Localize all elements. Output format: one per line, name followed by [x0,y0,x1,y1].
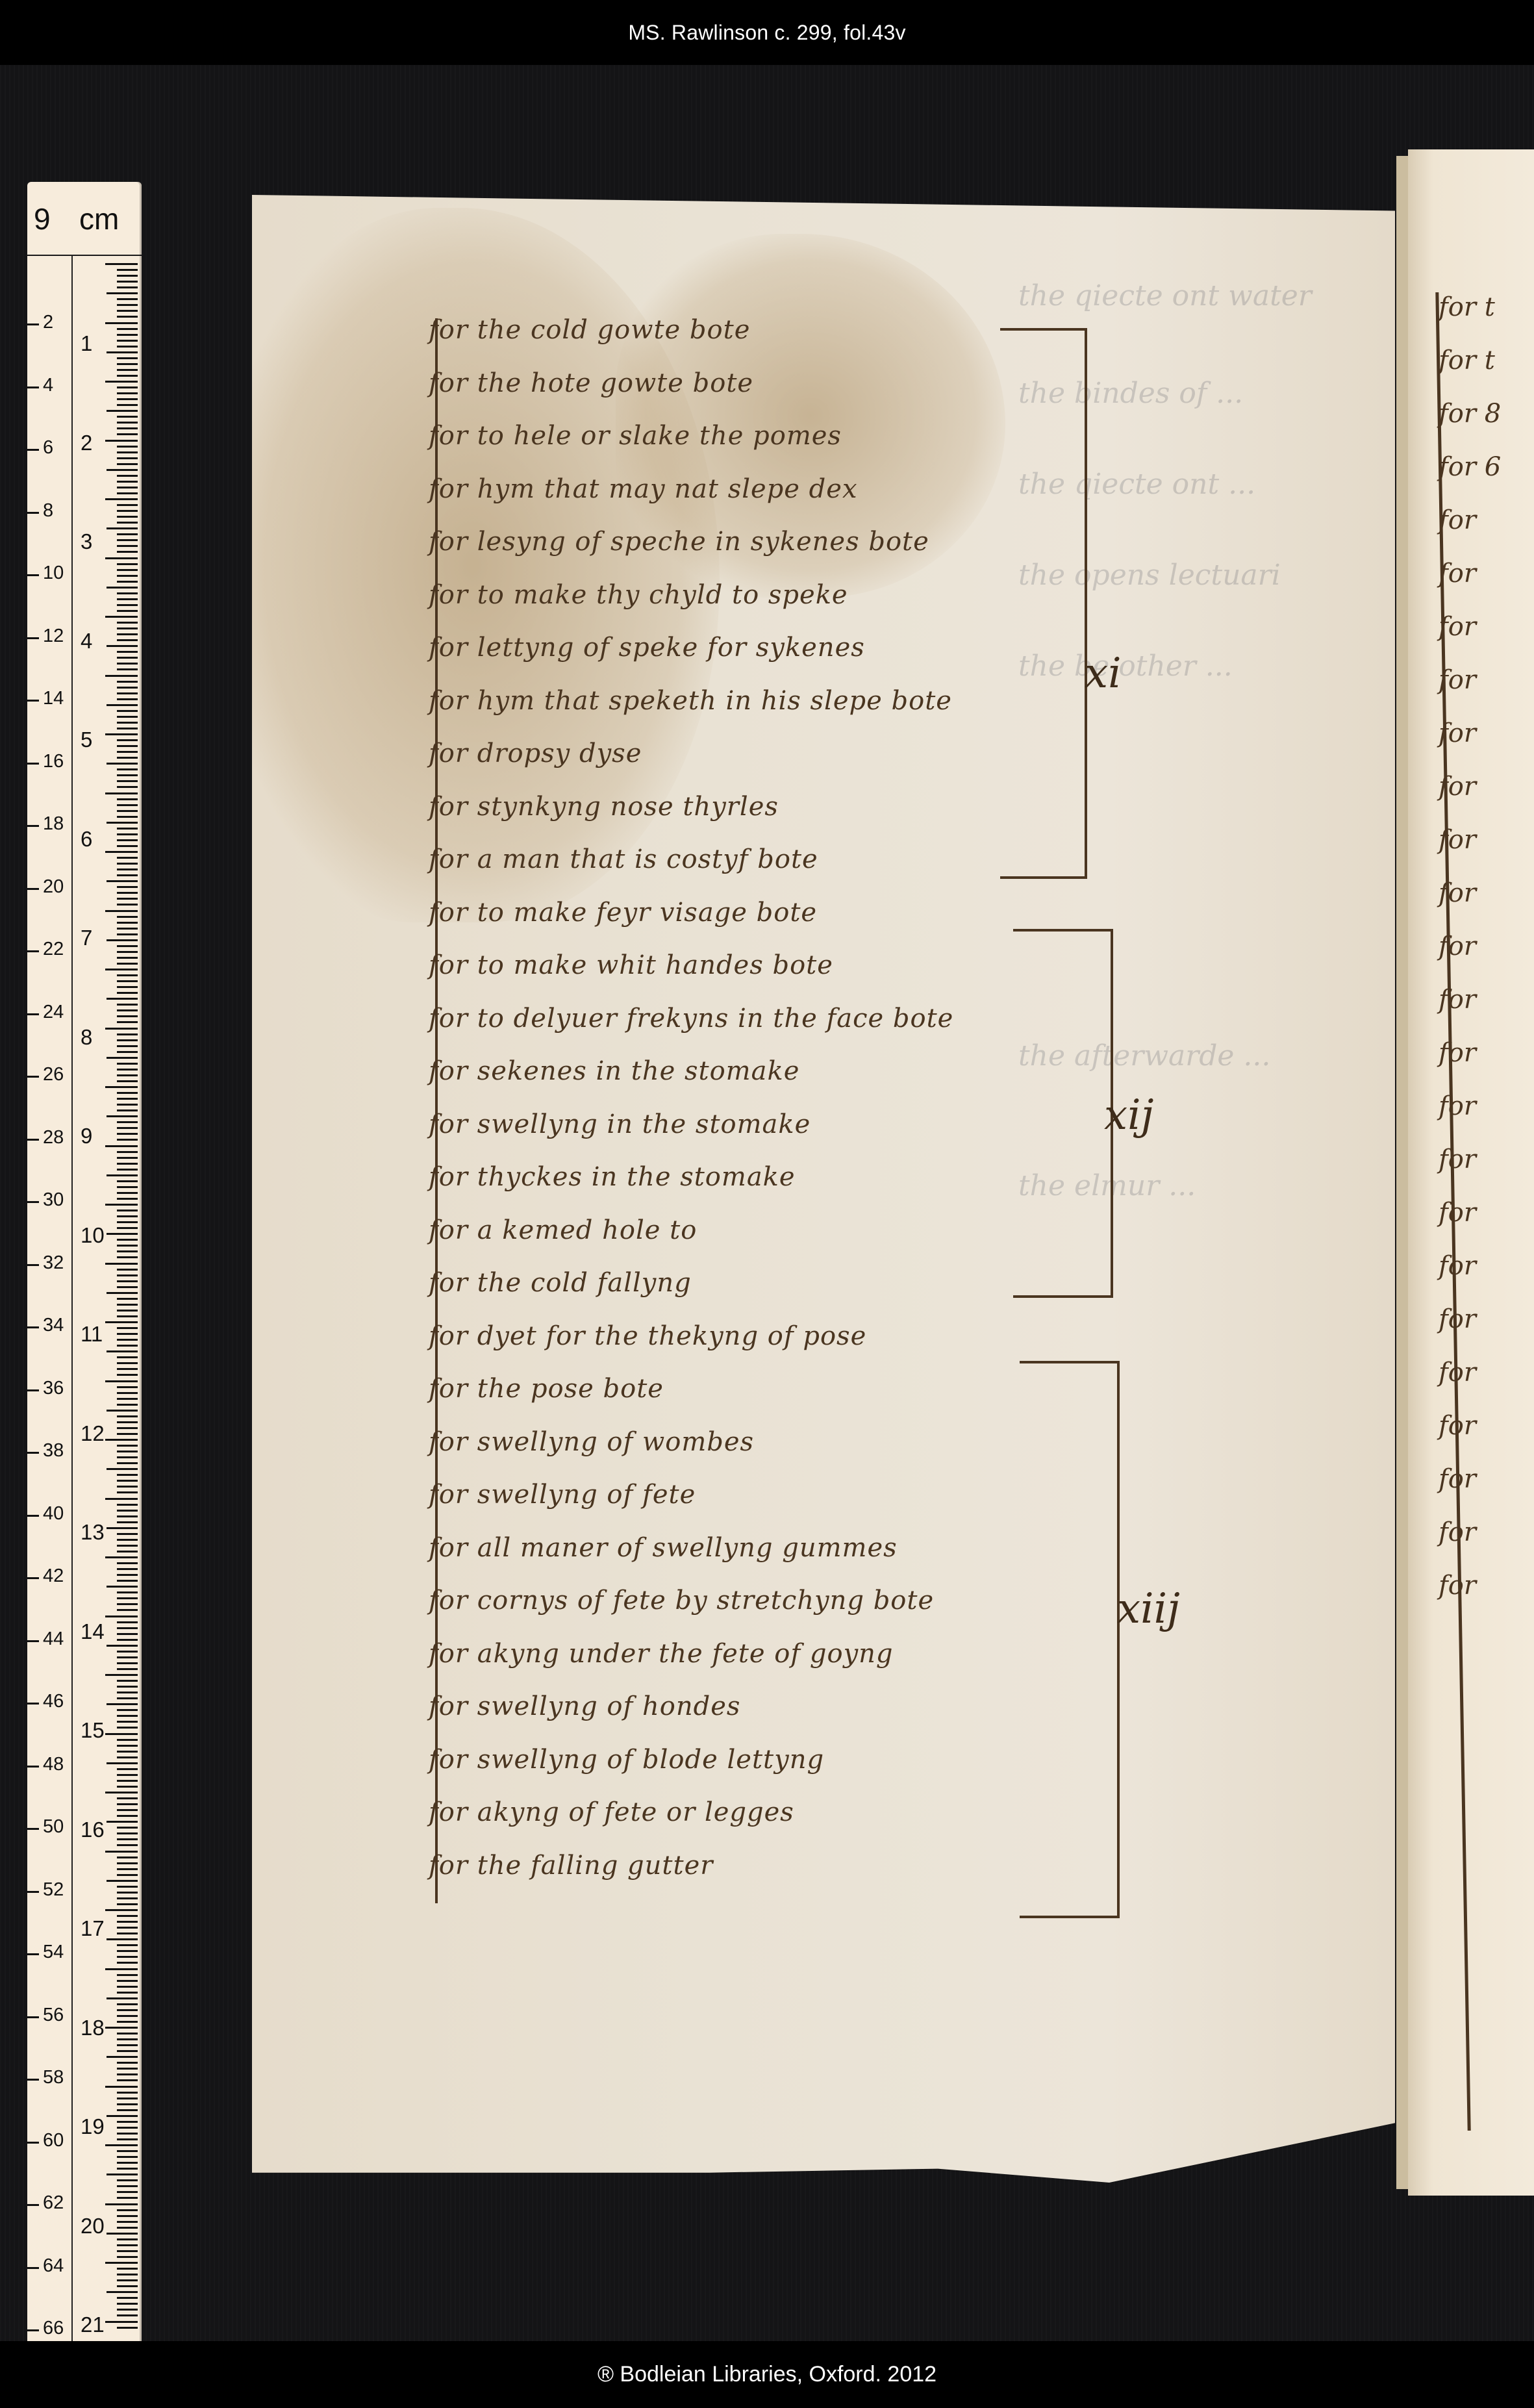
ruler-tick [117,980,138,982]
ruler-tick [105,733,138,735]
ruler-tick [117,1245,138,1247]
ruler-tick [107,1174,138,1176]
ruler-tick [105,616,138,618]
ruler-tick [105,1674,138,1676]
ruler-tick [117,1445,138,1447]
ruler-tick [105,1556,138,1558]
ruler-tick [117,768,138,770]
ruler-tick [117,392,138,394]
facing-page-line: for [1439,665,1476,695]
ruler-tick-left [27,950,39,952]
ruler-tick [117,1374,138,1376]
ruler-tick-left [27,512,39,514]
ruler-cm-label: 4 [81,629,92,653]
ruler-tick [117,1504,138,1506]
ruler-tick [107,351,138,353]
ruler-tick [117,1721,138,1723]
manuscript-line: for the falling gutter [429,1851,713,1881]
ruler-head-unit: cm [79,201,119,236]
bleed-through-text: the qiecte ont water [1018,279,1312,312]
ruler-scale-label: 30 [43,1189,64,1211]
ruler-scale-label: 34 [43,1315,64,1336]
ruler-tick [117,2309,138,2311]
ruler-tick [107,1938,138,1940]
manuscript-line: for thyckes in the stomake [429,1162,796,1192]
manuscript-line: for hym that speketh in his slepe bote [429,686,952,716]
ruler-divider [71,255,73,2341]
ruler-cm-label: 12 [81,1421,105,1446]
ruler-tick [107,2056,138,2058]
margin-note-xi: xi [1085,650,1122,698]
ruler-tick [117,2285,138,2287]
ruler-tick-left [27,574,39,576]
ruler-tick [117,1868,138,1870]
ruler-tick [117,1104,138,1106]
ruler-tick [117,1827,138,1829]
manuscript-line: for a man that is costyf bote [429,844,818,874]
ruler-tick [117,298,138,300]
ruler-scale-label: 6 [43,437,53,459]
facing-page-line: for [1439,1464,1476,1494]
bracket-group-2 [1013,929,1113,1298]
ruler-tick [117,1427,138,1429]
ruler-scale-label: 40 [43,1503,64,1525]
facing-page-line: for [1439,505,1476,535]
ruler-tick-left [27,1766,39,1768]
ruler-scale-label: 2 [43,312,53,333]
ruler-tick [117,1404,138,1406]
ruler-tick [117,598,138,600]
manuscript-line: for the cold gowte bote [429,315,750,345]
ruler-tick [117,622,138,624]
facing-page-line: for [1439,1411,1476,1441]
manuscript-line: for all maner of swellyng gummes [429,1533,898,1563]
ruler-tick [117,1286,138,1288]
ruler-scale-label: 28 [43,1127,64,1148]
ruler-scale-label: 36 [43,1378,64,1399]
ruler-scale-label: 12 [43,626,64,647]
ruler-tick [117,633,138,635]
ruler-cm-label: 2 [81,431,92,455]
ruler-tick [117,545,138,547]
ruler-tick [117,1333,138,1335]
ruler-tick [105,1145,138,1147]
ruler-tick [117,2250,138,2252]
ruler-tick [117,1933,138,1934]
ruler-tick [105,2262,138,2264]
ruler-tick [117,1692,138,1693]
ruler-tick [107,1468,138,1470]
ruler-tick [117,357,138,359]
manuscript-title: MS. Rawlinson c. 299, fol.43v [628,21,905,45]
ruler-tick [117,992,138,994]
ruler-tick [105,263,138,265]
ruler-tick [117,1651,138,1653]
ruler-tick [117,2156,138,2158]
ruler-tick [105,1086,138,1088]
facing-page-line: for [1439,932,1476,961]
ruler-scale-label: 66 [43,2318,64,2339]
ruler-tick [117,1169,138,1171]
ruler-scale-label: 50 [43,1816,64,1838]
facing-page-line: for 8 [1439,399,1501,429]
ruler-tick [105,1792,138,1793]
ruler-cm-label: 7 [81,926,92,950]
ruler-tick [117,651,138,653]
ruler-tick [105,2203,138,2205]
ruler-tick [117,522,138,524]
manuscript-line: for sekenes in the stomake [429,1056,799,1086]
ruler-tick [117,1186,138,1188]
ruler-tick [107,2174,138,2175]
ruler-tick [117,334,138,336]
ruler-tick [117,1921,138,1923]
ruler-tick [117,663,138,665]
ruler-tick [117,1980,138,1982]
facing-page-line: for [1439,1571,1476,1601]
ruler-tick [117,1510,138,1512]
ruler-tick [117,1163,138,1165]
ruler-tick-left [27,1640,39,1642]
ruler-scale-label: 38 [43,1440,64,1462]
ruler-tick [117,916,138,918]
ruler-tick [105,1851,138,1853]
ruler-tick [117,2297,138,2299]
ruler-tick [117,2191,138,2193]
ruler-tick [117,1215,138,1217]
ruler-tick [117,533,138,535]
ruler-tick-left [27,1828,39,1830]
ruler-tick [105,1263,138,1265]
ruler-tick [117,1832,138,1834]
footer-bar: ® Bodleian Libraries, Oxford. 2012 [0,2341,1534,2408]
ruler-tick [105,322,138,324]
ruler-tick [107,1527,138,1529]
ruler-tick [117,668,138,670]
ruler-tick [117,316,138,318]
ruler-tick [117,2185,138,2187]
ruler-tick [117,1780,138,1782]
ruler-tick [117,1386,138,1388]
ruler-tick [117,310,138,312]
manuscript-line: for swellyng of hondes [429,1692,740,1721]
ruler-tick [117,1151,138,1153]
facing-page-line: for [1439,1358,1476,1388]
ruler-tick [117,1368,138,1370]
ruler-cm-label: 14 [81,1619,105,1644]
ruler-cm-label: 15 [81,1718,105,1743]
ruler-tick-left [27,1264,39,1266]
facing-page-line: for [1439,1304,1476,1334]
ruler-tick [117,2215,138,2217]
ruler-cm-label: 10 [81,1223,105,1248]
ruler-tick [107,1645,138,1647]
ruler-head: 9 cm [27,182,142,256]
ruler-tick [107,527,138,529]
ruler-tick-left [27,2016,39,2018]
ruler-tick [117,1680,138,1682]
ruler-tick [117,375,138,377]
ruler-tick [117,328,138,330]
ruler-tick [117,863,138,865]
ruler-cm-label: 1 [81,331,92,356]
ruler-cm-label: 16 [81,1818,105,1842]
facing-page-line: for [1439,612,1476,642]
ruler-tick [117,1591,138,1593]
ruler-tick [117,2050,138,2052]
ruler-tick [117,2162,138,2164]
ruler-tick-left [27,2267,39,2269]
ruler-tick [117,1304,138,1306]
ruler-tick [105,675,138,677]
ruler-tick [117,963,138,965]
ruler-tick [117,346,138,348]
ruler-tick [117,1227,138,1229]
ruler-tick [117,886,138,888]
ruler-tick [117,839,138,841]
facing-page-line: for [1439,1145,1476,1174]
ruler-tick [117,2314,138,2316]
ruler-tick [107,1880,138,1882]
ruler-tick [117,539,138,541]
ruler-tick [117,563,138,565]
ruler-tick [117,1709,138,1711]
ruler-tick [117,898,138,900]
ruler-tick [117,492,138,494]
ruler-tick [117,2003,138,2005]
manuscript-line: for dropsy dyse [429,739,642,768]
ruler-scale-label: 60 [43,2130,64,2151]
ruler-tick [117,2197,138,2199]
ruler-tick [117,904,138,906]
ruler-scale-label: 14 [43,688,64,709]
ruler-tick [105,1204,138,1206]
ruler-tick [117,1797,138,1799]
ruler-tick [107,1292,138,1294]
ruler-tick [117,710,138,712]
ruler-tick-left [27,2079,39,2081]
ruler-cm-label: 19 [81,2114,105,2139]
ruler-cm-label: 11 [81,1322,103,1347]
ruler-tick-left [27,1891,39,1893]
ruler-tick [117,1080,138,1082]
ruler-tick [117,2179,138,2181]
ruler-tick [117,681,138,683]
manuscript-line: for the cold fallyng [429,1268,692,1298]
ruler-tick [117,2015,138,2017]
ruler-tick [117,1092,138,1094]
ruler-tick [117,1686,138,1688]
ruler-tick [117,463,138,465]
ruler-tick-left [27,1953,39,1955]
ruler-tick [117,1074,138,1076]
ruler-tick-left [27,449,39,451]
ruler-tick [117,868,138,870]
ruler-scale-label: 24 [43,1002,64,1023]
ruler-tick [117,2097,138,2099]
ruler-scale-label: 52 [43,1879,64,1901]
ruler-tick [117,1668,138,1670]
ruler-tick [117,1051,138,1053]
ruler-tick [117,751,138,753]
ruler-tick [105,1616,138,1617]
ruler-tick [117,722,138,724]
ruler-tick [117,1127,138,1129]
ruler-tick [107,2115,138,2117]
ruler-tick [117,604,138,606]
ruler-tick [117,957,138,959]
ruler-tick [117,1756,138,1758]
ruler-tick [117,1157,138,1159]
ruler-scale-label: 26 [43,1064,64,1085]
ruler-tick-left [27,1076,39,1078]
ruler-tick [107,2291,138,2293]
ruler-tick [117,922,138,924]
ruler-tick [117,1451,138,1452]
ruler-tick [105,2321,138,2323]
ruler-tick [107,998,138,1000]
manuscript-line: for a kemed hole to [429,1215,697,1245]
manuscript-line: for lettyng of speke for sykenes [429,633,865,663]
facing-page-line: for [1439,772,1476,802]
ruler-tick [117,716,138,718]
ruler-tick [117,892,138,894]
ruler-tick [117,1751,138,1753]
ruler-tick [117,1315,138,1317]
ruler-tick-left [27,1013,39,1015]
ruler-tick [117,1180,138,1182]
ruler-tick [117,933,138,935]
ruler-tick [117,1250,138,1252]
ruler-scale-label: 58 [43,2067,64,2088]
ruler-tick [117,2227,138,2229]
ruler-tick-left [27,700,39,702]
ruler-tick [117,1886,138,1888]
ruler-tick [117,516,138,518]
facing-page-line: for t [1439,346,1495,375]
ruler-scale-label: 54 [43,1942,64,1963]
ruler-scale-label: 18 [43,813,64,835]
ruler-tick [117,810,138,812]
ruler-tick [117,2009,138,2011]
ruler-tick [117,1539,138,1541]
ruler-tick [117,1421,138,1423]
ruler-scale-label: 42 [43,1565,64,1587]
ruler-tick [117,2138,138,2140]
ruler-tick [105,1380,138,1382]
ruler-tick [117,487,138,488]
ruler-tick [117,1521,138,1523]
ruler-tick [117,1574,138,1576]
ruler-scale-label: 44 [43,1629,64,1650]
ruler-tick [105,381,138,383]
ruler-cm-label: 6 [81,827,92,852]
ruler-tick-left [27,1577,39,1579]
ruler-tick [117,1545,138,1547]
ruler-tick [117,1298,138,1300]
ruler-tick [105,2144,138,2146]
ruler-head-number: 9 [34,201,51,236]
manuscript-line: for swellyng of blode lettyng [429,1745,824,1775]
manuscript-line: for swellyng of wombes [429,1427,754,1457]
ruler-tick [117,1486,138,1488]
ruler-tick [107,763,138,765]
ruler-tick [117,1009,138,1011]
ruler-tick [117,951,138,953]
facing-page-line: for [1439,1251,1476,1281]
ruler-tick [105,910,138,912]
manuscript-line: for stynkyng nose thyrles [429,792,779,822]
ruler-scale-label: 62 [43,2192,64,2214]
ruler-tick [107,1762,138,1764]
ruler-cm-label: 9 [81,1124,92,1148]
ruler-tick [117,780,138,782]
copyright-credit: ® Bodleian Libraries, Oxford. 2012 [597,2362,937,2387]
manuscript-line: for swellyng in the stomake [429,1109,811,1139]
ruler-tick [117,387,138,388]
ruler-scale-label: 20 [43,876,64,898]
ruler-tick-left [27,637,39,639]
ruler-tick [107,410,138,412]
manuscript-line: for dyet for the thekyng of pose [429,1321,866,1351]
ruler-tick [117,304,138,306]
ruler-tick [117,2168,138,2170]
ruler-tick [117,2103,138,2105]
ruler-tick [117,1327,138,1329]
ruler-scale-label: 22 [43,939,64,960]
ruler-tick [117,1603,138,1605]
ruler-tick [117,986,138,988]
manuscript-line: for akyng of fete or legges [429,1797,794,1827]
ruler-tick [117,1639,138,1641]
ruler-tick [105,969,138,970]
ruler-scale-label: 64 [43,2255,64,2277]
ruler-tick [107,645,138,647]
ruler-tick [117,1745,138,1747]
ruler-tick [117,639,138,641]
ruler-scale-label: 48 [43,1754,64,1775]
ruler-tick [117,845,138,847]
ruler-tick [107,1350,138,1352]
facing-page-line: for t [1439,292,1495,322]
ruler-cm-label: 3 [81,529,92,554]
ruler-tick [117,687,138,689]
ruler-tick [117,816,138,818]
ruler-tick [117,2209,138,2211]
ruler-tick-left [27,1452,39,1454]
ruler-tick [117,698,138,700]
ruler-tick [117,1609,138,1611]
ruler-tick-left [27,763,39,765]
ruler-tick [117,2033,138,2034]
manuscript-line: for the hote gowte bote [429,368,753,398]
ruler-tick [105,2027,138,2029]
ruler-tick [117,1256,138,1258]
ruler-tick [117,2221,138,2223]
ruler-tick [117,404,138,406]
ruler-tick [117,1815,138,1817]
ruler-tick [117,475,138,477]
ruler-tick [117,1356,138,1358]
ruler-tick [117,1903,138,1905]
ruler-tick [117,828,138,830]
ruler-tick [105,557,138,559]
ruler-tick [117,1838,138,1840]
ruler-tick [117,1269,138,1271]
ruler-tick [117,1015,138,1017]
ruler-tick [117,627,138,629]
ruler-tick [117,2109,138,2111]
